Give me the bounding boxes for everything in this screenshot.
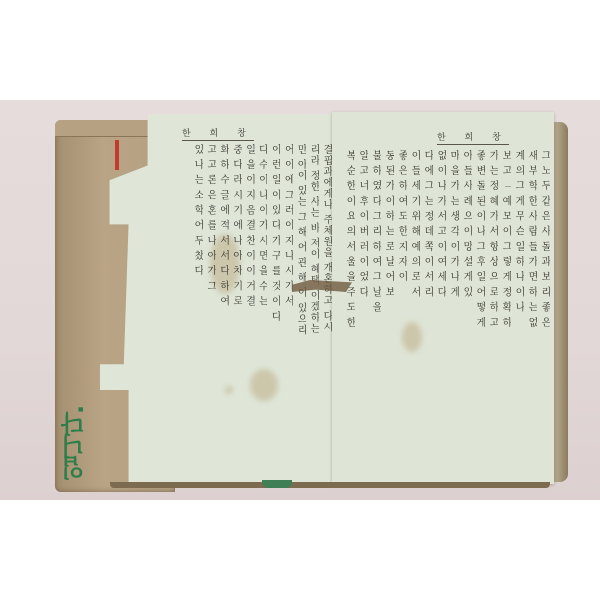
text-column: 중 다 라 시 기 에 나 아 차 기 로 [231,144,242,474]
text-column: 마 을 가 는 생 각 이 가 나 게 [448,150,459,480]
text-column: 이 런 일 이 있 다 가 구 를 것 이 다 [269,144,280,474]
left-page-text: 결핍과에게나 주체원을 개혼하고 다시 리라 정한 사는 바 저이 혜택 이겠하… [192,144,332,474]
book-photo: 입니다. 한 희 창 결핍과에게나 주체원을 개혼하고 다시 리라 정한 사는 … [0,100,600,500]
text-column: 복 순 한 이 요 의 서 울 을 주 도 한 [344,150,355,480]
text-column: 다 에 그 는 정 데 쪽 이 서 리 [422,150,433,480]
text-column: 알 고 너 후 이 버 러 이 었 다 [357,150,368,480]
text-column: 만 아이 있는 그 해 어 관 해 이 있으리 [295,144,306,474]
text-column: 리라 정한 사는 바 저이 혜택 이겠하는 [308,144,319,474]
text-column: 없 이 나 가 서 고 이 여 세 다 [435,150,446,480]
text-column: 다 수 이 나 이 가 시 면 을 수 는 [257,144,268,474]
text-column: 그 노 두 같 은 사 돌 과 보 리 좋 은 [539,150,550,480]
book-bottom-edge [110,482,550,488]
right-page: 한 희 창 그 노 두 같 은 사 돌 과 보 리 좋 은 새 부 학 한 사 … [332,112,554,484]
text-column: 어 이 에 그 러 이 지 나 시 가 서 [282,144,293,474]
text-column: 보 고 「 예 모 이 그 렇 게 정 확 하 [500,150,511,480]
text-column: 좋 은 하 여 도 한 지 자 이 [396,150,407,480]
cover-green-text: 입니다. [62,400,88,480]
text-column: 새 부 학 한 사 람 들 가 면 하 는 없 [526,150,537,480]
left-page-header: 한 희 창 [182,126,254,141]
text-column: 불 하 였 다 그 리 하 여 그 날 을 [370,150,381,480]
text-column: 화 하 수 글 에 적 서 서 다 하 여 [218,144,229,474]
text-column: 아 들 사 례 으 이 망 설 게 있 [461,150,472,480]
text-column: 동 된 가 이 하 는 로 날 어 보 [383,150,394,480]
text-column: 있 나 는 소 학 어 두 찼 다 [192,144,203,304]
green-scrap [262,480,292,488]
red-mark [115,140,119,170]
text-column: 고 고 론 은 혼 를 나 아 가 그 [205,144,216,344]
text-column: 계 의 그 게 무 슨 일 하 나 이 나 [513,150,524,480]
text-column: 일 을 이 지 음 결 찬 이 이 거 결 [244,144,255,474]
text-column: 이 들 세 기 위 해 예 의 로 서 [409,150,420,480]
right-page-header: 한 희 창 [437,130,509,145]
right-page-text: 그 노 두 같 은 사 돌 과 보 리 좋 은 새 부 학 한 사 람 들 가 … [338,150,550,480]
text-column: 좋 변 돌 된 이 나 그 후 일 어 떻 게 [474,150,485,480]
text-column: 가 는 정 혜 가 서 항 상 으 로 하 고 [487,150,498,480]
text-column: 결핍과에게나 주체원을 개혼하고 다시 [321,144,332,474]
